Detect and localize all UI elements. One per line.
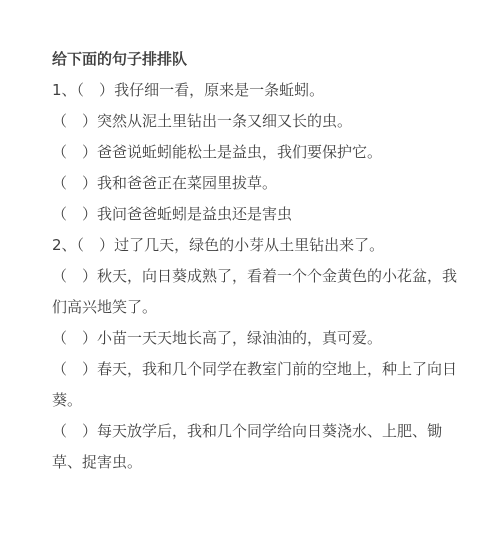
answer-blank: （ ） bbox=[52, 360, 97, 378]
sentence-text: 我和爸爸正在菜园里拔草。 bbox=[97, 174, 277, 192]
answer-blank: （ ） bbox=[52, 112, 97, 130]
sentence-text: 每天放学后，我和几个同学给向日葵浇水、上肥、锄草、捉害虫。 bbox=[52, 422, 442, 471]
sentence-text: 突然从泥土里钻出一条又细又长的虫。 bbox=[97, 112, 352, 130]
sentence-line: （ ）小苗一天天地长高了，绿油油的，真可爱。 bbox=[52, 323, 458, 354]
answer-blank: （ ） bbox=[52, 205, 97, 223]
answer-blank: （ ） bbox=[77, 236, 115, 254]
answer-blank: （ ） bbox=[52, 143, 97, 161]
sentence-line: 1、（ ）我仔细一看，原来是一条蚯蚓。 bbox=[52, 75, 458, 106]
sentence-text: 秋天，向日葵成熟了，看着一个个金黄色的小花盆，我们高兴地笑了。 bbox=[52, 267, 457, 316]
sentence-text: 小苗一天天地长高了，绿油油的，真可爱。 bbox=[97, 329, 382, 347]
answer-blank: （ ） bbox=[52, 174, 97, 192]
answer-blank: （ ） bbox=[52, 422, 97, 440]
sentence-text: 过了几天，绿色的小芽从土里钻出来了。 bbox=[114, 236, 384, 254]
item-number: 2、 bbox=[52, 236, 77, 254]
answer-blank: （ ） bbox=[52, 267, 97, 285]
answer-blank: （ ） bbox=[77, 81, 115, 99]
sentence-text: 我仔细一看，原来是一条蚯蚓。 bbox=[114, 81, 324, 99]
item-number: 1、 bbox=[52, 81, 77, 99]
sentence-line: （ ）突然从泥土里钻出一条又细又长的虫。 bbox=[52, 106, 458, 137]
answer-blank: （ ） bbox=[52, 329, 97, 347]
sentence-line: （ ）我问爸爸蚯蚓是益虫还是害虫 bbox=[52, 199, 458, 230]
sentence-line: （ ）秋天，向日葵成熟了，看着一个个金黄色的小花盆，我们高兴地笑了。 bbox=[52, 261, 458, 323]
sentence-line: （ ）爸爸说蚯蚓能松土是益虫，我们要保护它。 bbox=[52, 137, 458, 168]
worksheet-title: 给下面的句子排排队 bbox=[52, 44, 458, 75]
sentence-line: 2、（ ）过了几天，绿色的小芽从土里钻出来了。 bbox=[52, 230, 458, 261]
sentence-line: （ ）我和爸爸正在菜园里拔草。 bbox=[52, 168, 458, 199]
sentence-line: （ ）春天，我和几个同学在教室门前的空地上，种上了向日葵。 bbox=[52, 354, 458, 416]
worksheet-page: 给下面的句子排排队 1、（ ）我仔细一看，原来是一条蚯蚓。 （ ）突然从泥土里钻… bbox=[0, 0, 502, 478]
sentence-line: （ ）每天放学后，我和几个同学给向日葵浇水、上肥、锄草、捉害虫。 bbox=[52, 416, 458, 478]
sentence-text: 爸爸说蚯蚓能松土是益虫，我们要保护它。 bbox=[97, 143, 382, 161]
sentence-text: 春天，我和几个同学在教室门前的空地上，种上了向日葵。 bbox=[52, 360, 457, 409]
sentence-text: 我问爸爸蚯蚓是益虫还是害虫 bbox=[97, 205, 292, 223]
